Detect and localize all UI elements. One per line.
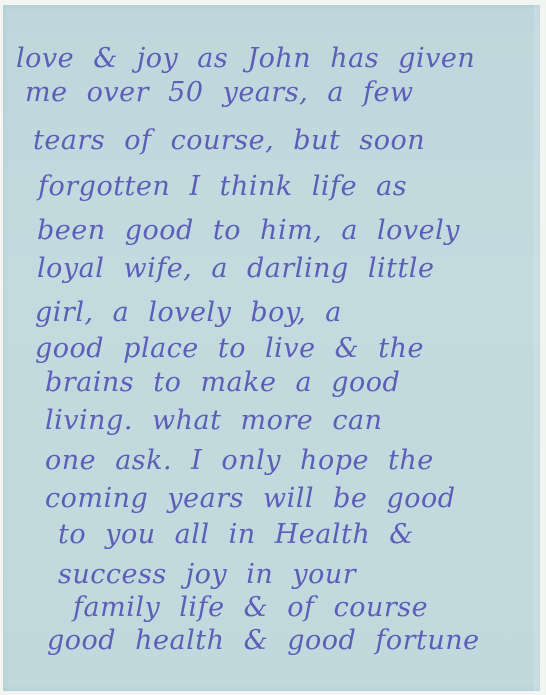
letter-line: coming years will be good — [45, 483, 456, 514]
letter-line: success joy in your — [58, 559, 356, 590]
letter-line: good health & good fortune — [47, 625, 480, 656]
handwritten-letter: love & joy as John has given me over 50 … — [3, 5, 540, 691]
letter-line: brains to make a good — [45, 367, 400, 398]
letter-line: forgotten I think life as — [38, 171, 407, 202]
letter-line: family life & of course — [73, 592, 428, 623]
scanned-page: love & joy as John has given me over 50 … — [0, 0, 546, 695]
letter-line: living. what more can — [45, 405, 382, 436]
letter-line: tears of course, but soon — [33, 125, 425, 156]
letter-line: one ask. I only hope the — [45, 445, 434, 476]
letter-line: good place to live & the — [35, 333, 424, 364]
letter-line: girl, a lovely boy, a — [35, 297, 342, 328]
letter-line: loyal wife, a darling little — [37, 253, 434, 284]
letter-paper: love & joy as John has given me over 50 … — [3, 5, 540, 691]
letter-line: me over 50 years, a few — [25, 77, 414, 108]
letter-line: to you all in Health & — [58, 519, 414, 550]
letter-line: love & joy as John has given — [16, 43, 475, 74]
letter-line: been good to him, a lovely — [37, 215, 460, 246]
